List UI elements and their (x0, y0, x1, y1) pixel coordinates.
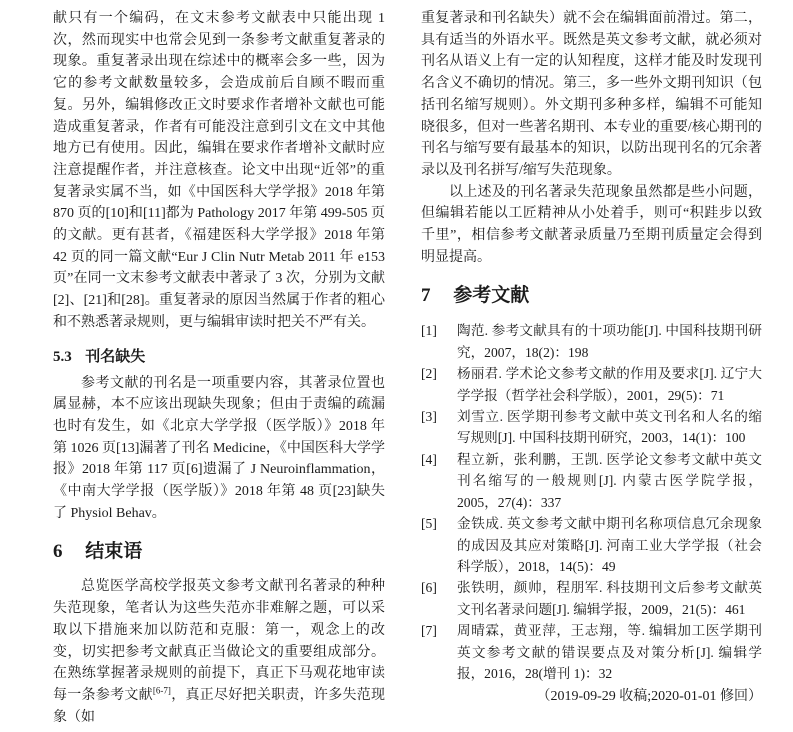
section-number: 5.3 (53, 349, 72, 365)
reference-text: 陶范. 参考文献具有的十项功能[J]. 中国科技期刊研究，2007，18(2)：… (457, 320, 762, 363)
reference-item: [7] 周晴霖，黄亚萍，王志翔，等. 编辑加工医学期刊英文参考文献的错误要点及对… (421, 620, 762, 684)
conclusion-text-before-citation: 总览医学高校学报英文参考文献刊名著录的种种失范现象，笔者认为这些失范亦非难解之题… (53, 579, 385, 703)
reference-text: 周晴霖，黄亚萍，王志翔，等. 编辑加工医学期刊英文参考文献的错误要点及对策分析[… (457, 620, 762, 684)
reference-text: 金铁成. 英文参考文献中期刊名称项信息冗余现象的成因及其应对策略[J]. 河南工… (457, 513, 762, 577)
section-number: 7 (421, 285, 431, 306)
reference-number: [5] (421, 513, 457, 577)
reference-number: [3] (421, 406, 457, 449)
reference-text: 程立新，张利鹏，王凯. 医学论文参考文献中英文刊名缩写的一般规则[J]. 内蒙古… (457, 449, 762, 513)
reference-number: [2] (421, 363, 457, 406)
section-heading-7: 7参考文献 (421, 283, 762, 309)
reference-item: [3] 刘雪立. 医学期刊参考文献中英文刊名和人名的缩写规则[J]. 中国科技期… (421, 406, 762, 449)
journal-article-page: 献只有一个编码，在文末参考文献表中只能出现 1 次，然而现实中也常会见到一条参考… (0, 0, 793, 732)
paragraph-conclusion: 总览医学高校学报英文参考文献刊名著录的种种失范现象，笔者认为这些失范亦非难解之题… (53, 576, 385, 728)
citation-superscript: [6-7] (153, 685, 171, 695)
right-column: 重复著录和刊名缺失）就不会在编辑面前滑过。第二，具有适当的外语水平。既然是英文参… (421, 8, 762, 708)
reference-number: [6] (421, 577, 457, 620)
paragraph-closing-remarks: 以上述及的刊名著录失范现象虽然都是些小问题，但编辑若能以工匠精神从小处着手，则可… (421, 182, 762, 269)
section-title: 参考文献 (453, 285, 529, 306)
reference-item: [4] 程立新，张利鹏，王凯. 医学论文参考文献中英文刊名缩写的一般规则[J].… (421, 449, 762, 513)
reference-item: [2] 杨丽君. 学术论文参考文献的作用及要求[J]. 辽宁大学学报（哲学社会科… (421, 363, 762, 406)
section-heading-6: 6结束语 (53, 539, 385, 565)
reference-list: [1] 陶范. 参考文献具有的十项功能[J]. 中国科技期刊研究，2007，18… (421, 320, 762, 684)
reference-number: [7] (421, 620, 457, 684)
section-number: 6 (53, 541, 63, 562)
paragraph-conclusion-continued: 重复著录和刊名缺失）就不会在编辑面前滑过。第二，具有适当的外语水平。既然是英文参… (421, 8, 762, 182)
section-title: 结束语 (85, 541, 142, 562)
section-heading-5-3: 5.3刊名缺失 (53, 347, 385, 368)
reference-item: [1] 陶范. 参考文献具有的十项功能[J]. 中国科技期刊研究，2007，18… (421, 320, 762, 363)
received-revised-dateline: （2019-09-29 收稿;2020-01-01 修回） (421, 686, 762, 707)
reference-text: 刘雪立. 医学期刊参考文献中英文刊名和人名的缩写规则[J]. 中国科技期刊研究，… (457, 406, 762, 449)
section-title: 刊名缺失 (85, 349, 145, 365)
reference-item: [5] 金铁成. 英文参考文献中期刊名称项信息冗余现象的成因及其应对策略[J].… (421, 513, 762, 577)
left-column: 献只有一个编码，在文末参考文献表中只能出现 1 次，然而现实中也常会见到一条参考… (53, 8, 385, 728)
reference-number: [1] (421, 320, 457, 363)
reference-text: 张铁明，颜帅，程朋军. 科技期刊文后参考文献英文刊名著录问题[J]. 编辑学报，… (457, 577, 762, 620)
paragraph-duplicate-records: 献只有一个编码，在文末参考文献表中只能出现 1 次，然而现实中也常会见到一条参考… (53, 8, 385, 334)
paragraph-missing-journal-title: 参考文献的刊名是一项重要内容，其著录位置也属显赫，本不应该出现缺失现象；但由于责… (53, 373, 385, 525)
reference-text: 杨丽君. 学术论文参考文献的作用及要求[J]. 辽宁大学学报（哲学社会科学版），… (457, 363, 762, 406)
reference-item: [6] 张铁明，颜帅，程朋军. 科技期刊文后参考文献英文刊名著录问题[J]. 编… (421, 577, 762, 620)
reference-number: [4] (421, 449, 457, 513)
